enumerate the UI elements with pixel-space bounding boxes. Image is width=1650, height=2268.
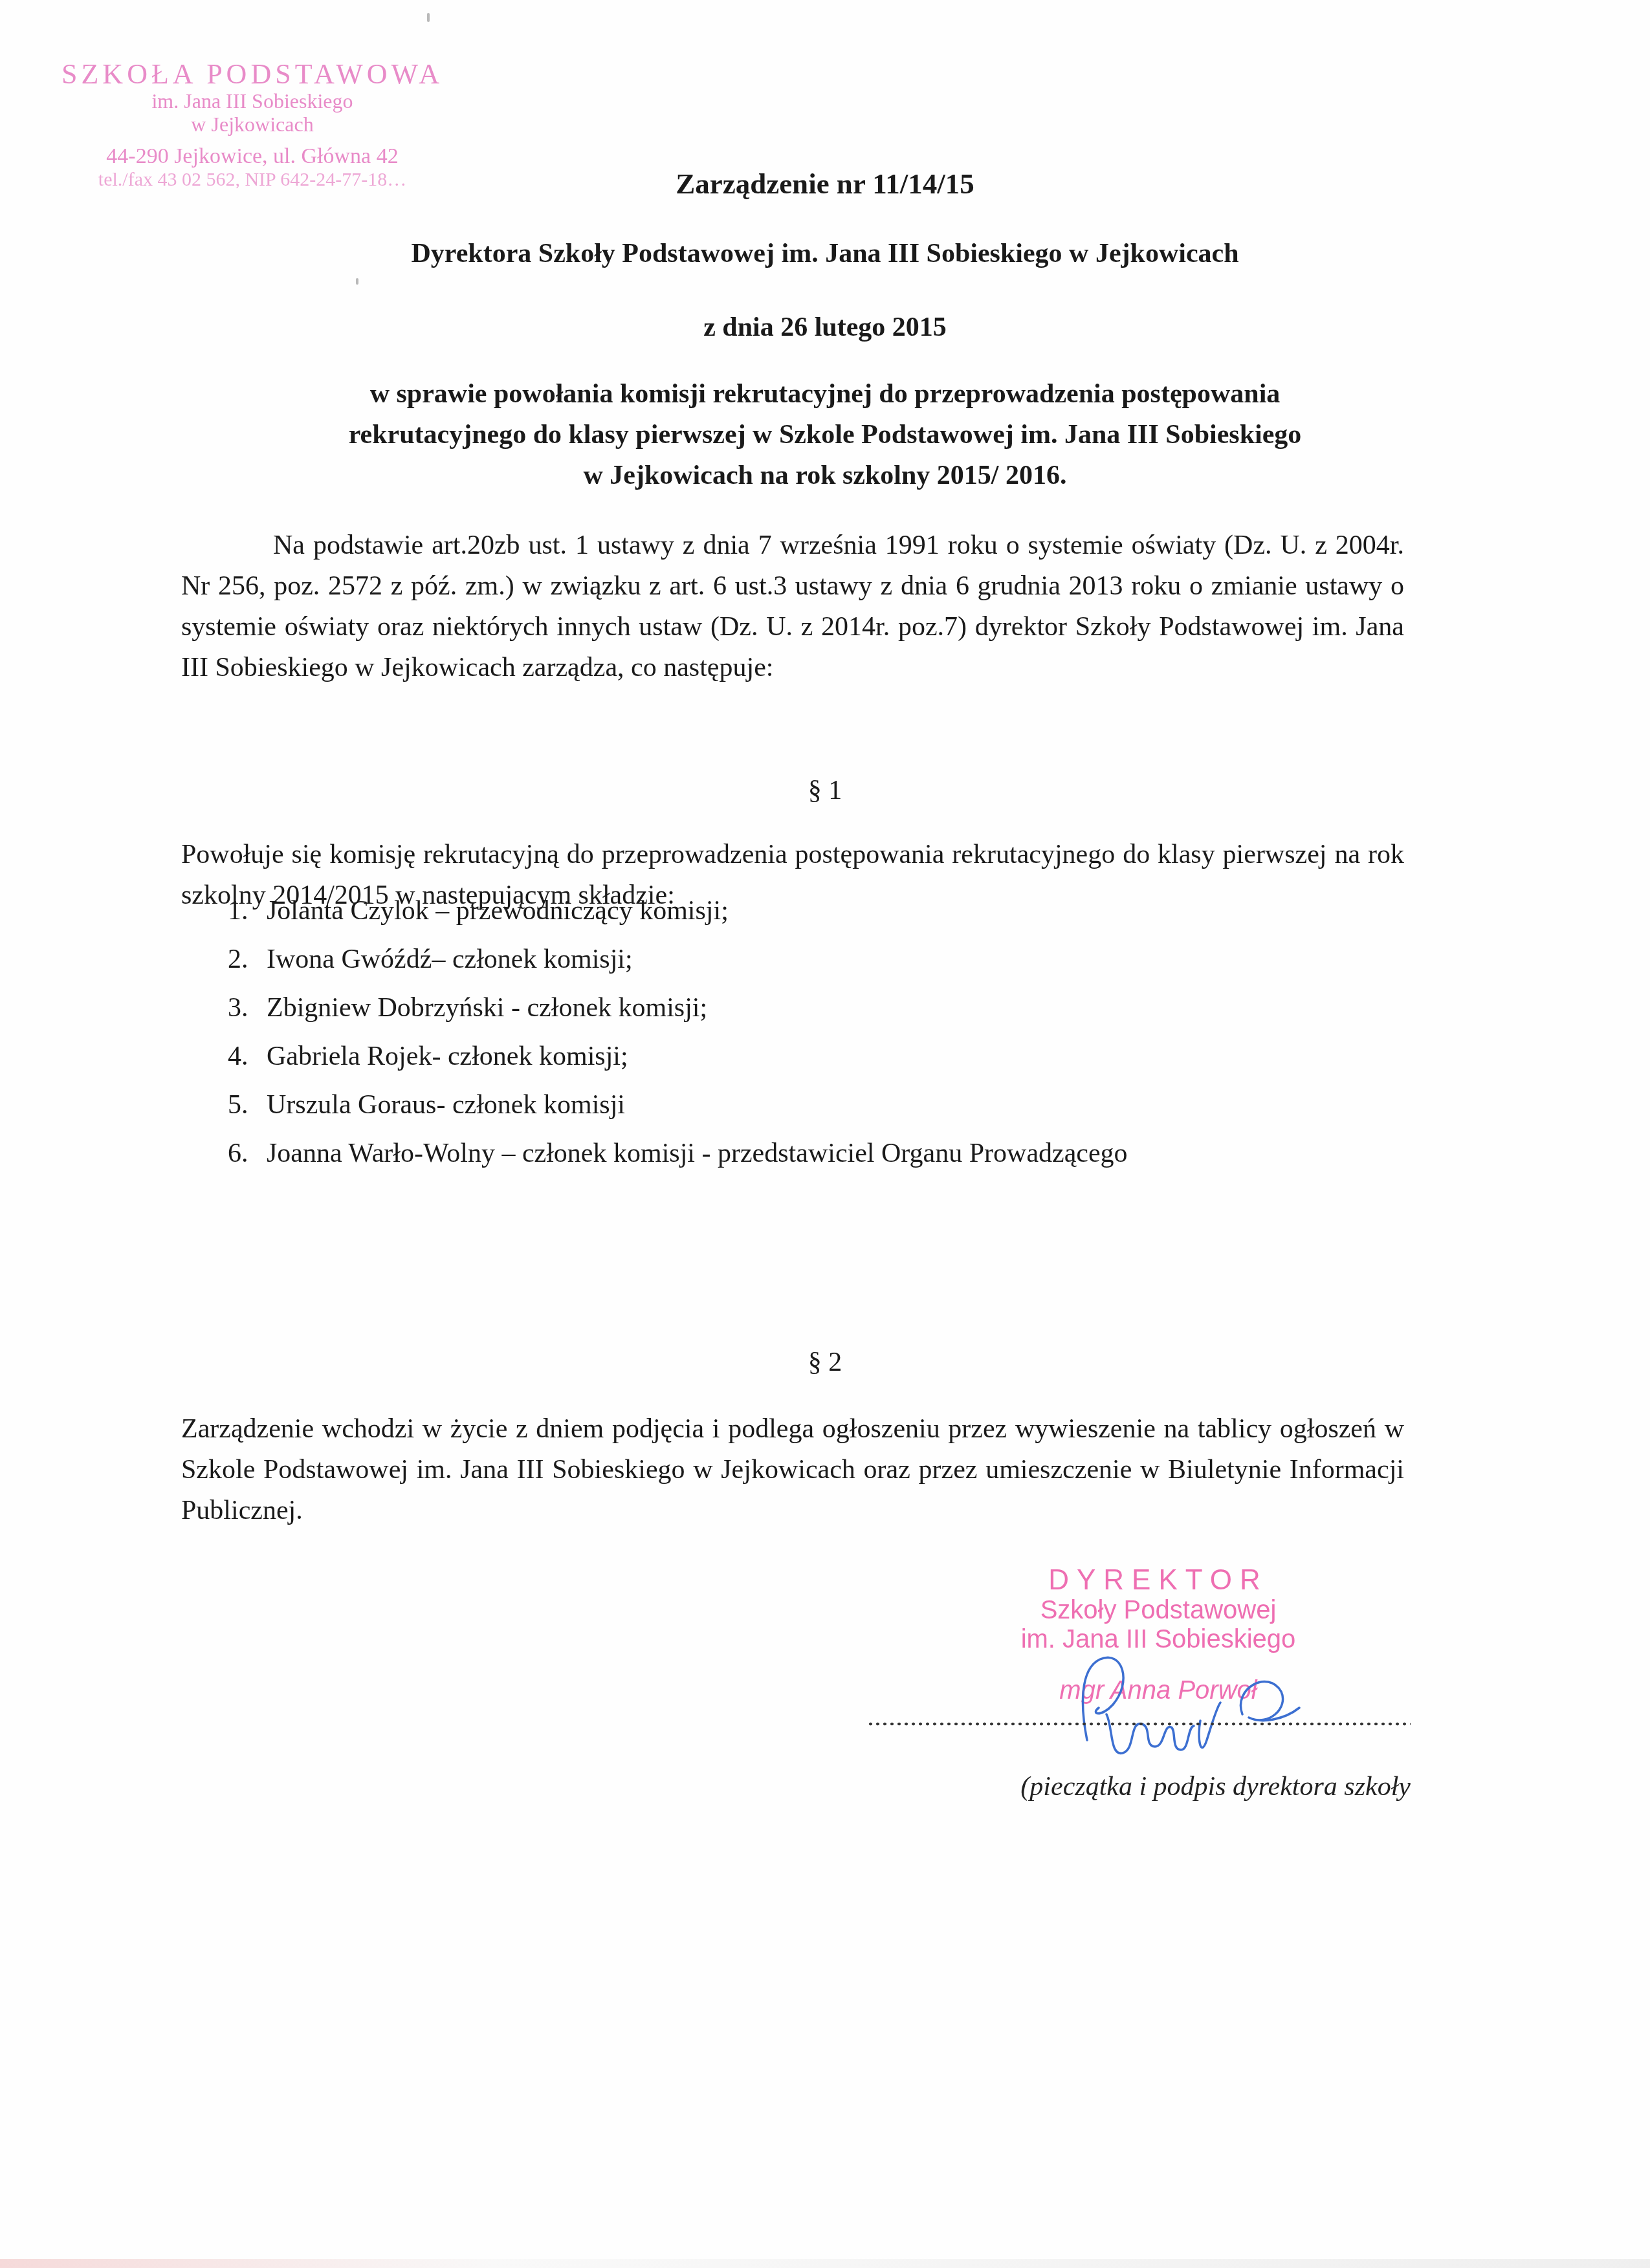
- scan-speck: [356, 278, 358, 285]
- subject-line: rekrutacyjnego do klasy pierwszej w Szko…: [0, 415, 1650, 455]
- list-number: 4.: [228, 1038, 267, 1075]
- list-item: 4.Gabriela Rojek- członek komisji;: [228, 1038, 1128, 1075]
- document-subject: w sprawie powołania komisji rekrutacyjne…: [0, 374, 1650, 496]
- member-text: Joanna Warło-Wolny – członek komisji - p…: [267, 1135, 1128, 1172]
- director-stamp-school: Szkoły Podstawowej: [925, 1596, 1391, 1625]
- list-number: 6.: [228, 1135, 267, 1172]
- list-number: 5.: [228, 1087, 267, 1124]
- list-item: 6.Joanna Warło-Wolny – członek komisji -…: [228, 1135, 1128, 1172]
- subject-line: w Jejkowicach na rok szkolny 2015/ 2016.: [0, 455, 1650, 496]
- document-date: z dnia 26 lutego 2015: [0, 312, 1650, 343]
- list-item: 1.Jolanta Czylok – przewodniczący komisj…: [228, 893, 1128, 930]
- member-text: Urszula Goraus- członek komisji: [267, 1087, 625, 1124]
- handwritten-signature: [1061, 1643, 1307, 1772]
- section-2-mark: § 2: [0, 1347, 1650, 1378]
- school-stamp-patron: im. Jana III Sobieskiego: [45, 90, 459, 113]
- scan-bottom-edge: [0, 2259, 1650, 2268]
- scan-speck: [427, 13, 430, 22]
- list-number: 2.: [228, 941, 267, 978]
- list-number: 3.: [228, 990, 267, 1027]
- section-2-text: Zarządzenie wchodzi w życie z dniem podj…: [181, 1409, 1404, 1531]
- section-1-mark: § 1: [0, 775, 1650, 806]
- committee-members-list: 1.Jolanta Czylok – przewodniczący komisj…: [228, 893, 1128, 1184]
- member-text: Iwona Gwóźdź– członek komisji;: [267, 941, 633, 978]
- director-stamp-title: DYREKTOR: [925, 1564, 1391, 1596]
- list-item: 2.Iwona Gwóźdź– członek komisji;: [228, 941, 1128, 978]
- list-number: 1.: [228, 893, 267, 930]
- subject-line: w sprawie powołania komisji rekrutacyjne…: [0, 374, 1650, 415]
- document-issuer: Dyrektora Szkoły Podstawowej im. Jana II…: [0, 238, 1650, 269]
- list-item: 3.Zbigniew Dobrzyński - członek komisji;: [228, 990, 1128, 1027]
- member-text: Zbigniew Dobrzyński - członek komisji;: [267, 990, 707, 1027]
- document-page: SZKOŁA PODSTAWOWA im. Jana III Sobieskie…: [0, 0, 1650, 2268]
- signature-line: [867, 1722, 1411, 1726]
- school-stamp-address: 44-290 Jejkowice, ul. Główna 42: [45, 144, 459, 169]
- legal-basis-paragraph: Na podstawie art.20zb ust. 1 ustawy z dn…: [181, 525, 1404, 688]
- signature-caption: (pieczątka i podpis dyrektora szkoły: [893, 1771, 1411, 1802]
- member-text: Jolanta Czylok – przewodniczący komisji;: [267, 893, 729, 930]
- school-stamp-location: w Jejkowicach: [45, 113, 459, 136]
- school-stamp-name: SZKOŁA PODSTAWOWA: [45, 58, 459, 90]
- document-title: Zarządzenie nr 11/14/15: [0, 167, 1650, 201]
- list-item: 5.Urszula Goraus- członek komisji: [228, 1087, 1128, 1124]
- member-text: Gabriela Rojek- członek komisji;: [267, 1038, 628, 1075]
